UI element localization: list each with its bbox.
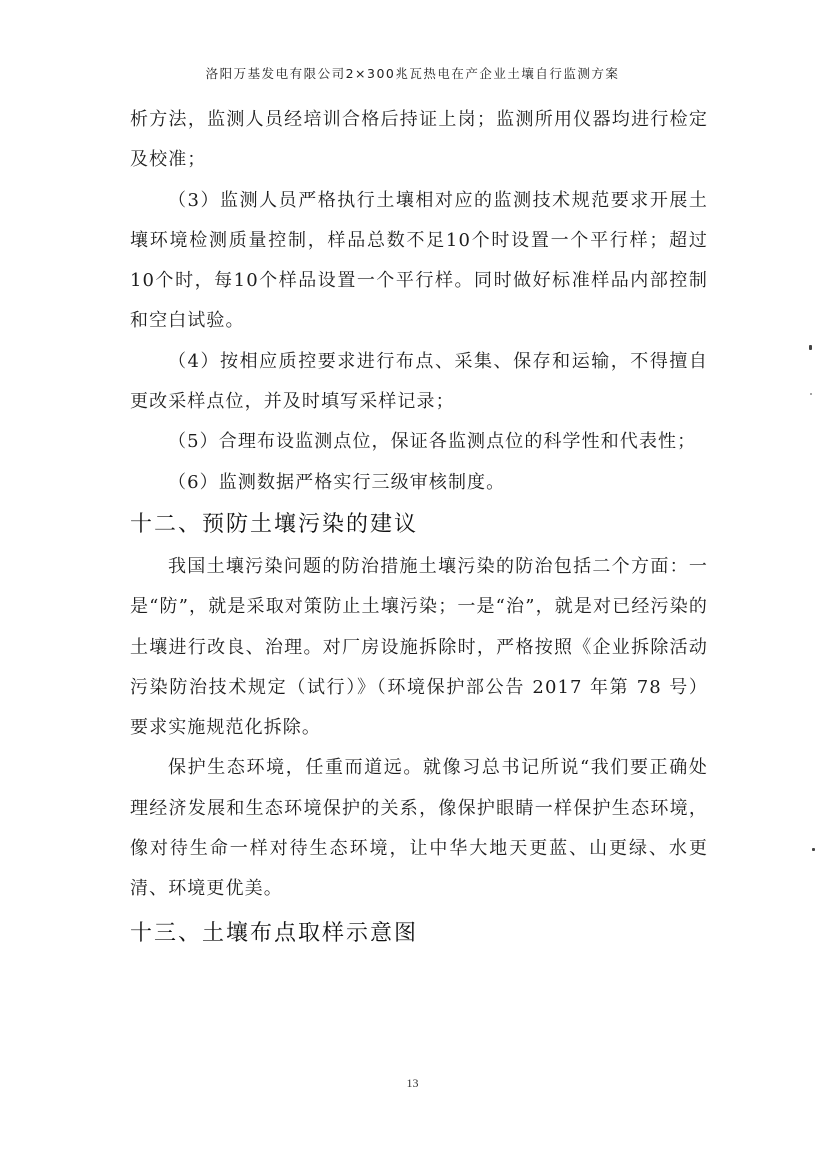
paragraph-item-6: （6）监测数据严格实行三级审核制度。 — [130, 463, 708, 503]
page-header-title: 洛阳万基发电有限公司2×300兆瓦热电在产企业土壤自行监测方案 — [0, 64, 825, 82]
paragraph-item-3: （3）监测人员严格执行土壤相对应的监测技术规范要求开展土壤环境检测质量控制，样品… — [130, 181, 708, 342]
scan-artifact-mark — [809, 345, 812, 350]
paragraph-item-4: （4）按相应质控要求进行布点、采集、保存和运输，不得擅自更改采样点位，并及时填写… — [130, 342, 708, 423]
paragraph-calibration: 析方法，监测人员经培训合格后持证上岗；监测所用仪器均进行检定及校准； — [130, 100, 708, 181]
section-heading-13: 十三、土壤布点取样示意图 — [130, 912, 708, 956]
scan-artifact-mark — [812, 848, 815, 851]
document-body: 析方法，监测人员经培训合格后持证上岗；监测所用仪器均进行检定及校准； （3）监测… — [130, 100, 708, 956]
page-number: 13 — [0, 1076, 825, 1091]
paragraph-ecology: 保护生态环境，任重而道远。就像习总书记所说“我们要正确处理经济发展和生态环境保护… — [130, 748, 708, 909]
section-heading-12: 十二、预防土壤污染的建议 — [130, 503, 708, 547]
scan-artifact-mark — [810, 393, 812, 395]
paragraph-item-5: （5）合理布设监测点位，保证各监测点位的科学性和代表性； — [130, 422, 708, 462]
paragraph-prevention: 我国土壤污染问题的防治措施土壤污染的防治包括二个方面：一是“防”，就是采取对策防… — [130, 547, 708, 748]
